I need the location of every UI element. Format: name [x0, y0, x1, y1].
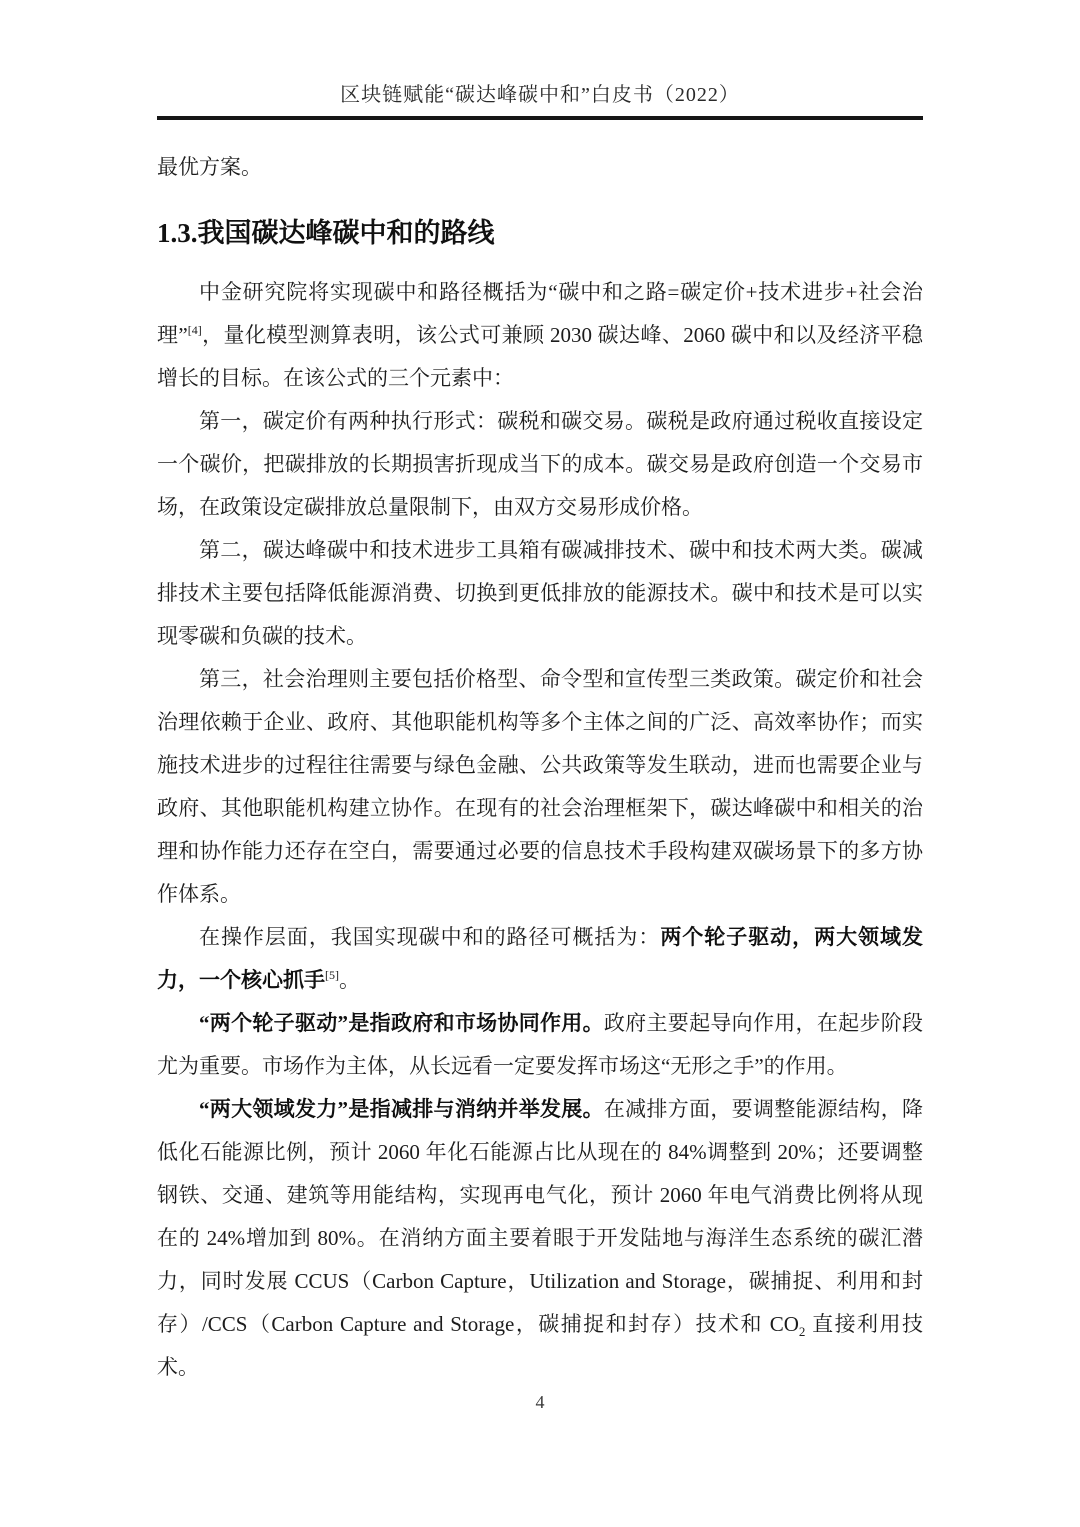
text-segment-bold: “两个轮子驱动”是指政府和市场协同作用。	[199, 1011, 604, 1035]
paragraph-two-wheels: “两个轮子驱动”是指政府和市场协同作用。政府主要起导向作用，在起步阶段尤为重要。…	[157, 1002, 923, 1088]
text-segment-bold: “两大领域发力”是指减排与消纳并举发展。	[199, 1097, 604, 1121]
paragraph-first-carbon-pricing: 第一，碳定价有两种执行形式：碳税和碳交易。碳税是政府通过税收直接设定一个碳价，把…	[157, 400, 923, 529]
paragraph-cicc-formula: 中金研究院将实现碳中和路径概括为“碳中和之路=碳定价+技术进步+社会治理”[4]…	[157, 271, 923, 400]
text-segment: ，量化模型测算表明，该公式可兼顾 2030 碳达峰、2060 碳中和以及经济平稳…	[157, 323, 923, 390]
header-title: 区块链赋能“碳达峰碳中和”白皮书（2022）	[340, 84, 740, 106]
document-page: 区块链赋能“碳达峰碳中和”白皮书（2022） 最优方案。 1.3.我国碳达峰碳中…	[0, 0, 1080, 1527]
text-segment: 在减排方面，要调整能源结构，降低化石能源比例，预计 2060 年化石能源占比从现…	[157, 1097, 923, 1336]
text-segment: 第三，社会治理则主要包括价格型、命令型和宣传型三类政策。碳定价和社会治理依赖于企…	[157, 667, 923, 906]
page-content: 最优方案。 1.3.我国碳达峰碳中和的路线 中金研究院将实现碳中和路径概括为“碳…	[157, 130, 923, 1389]
intro-fragment: 最优方案。	[157, 146, 923, 189]
paragraph-second-technology: 第二，碳达峰碳中和技术进步工具箱有碳减排技术、碳中和技术两大类。碳减排技术主要包…	[157, 529, 923, 658]
page-header: 区块链赋能“碳达峰碳中和”白皮书（2022）	[157, 78, 923, 120]
text-segment: 第二，碳达峰碳中和技术进步工具箱有碳减排技术、碳中和技术两大类。碳减排技术主要包…	[157, 538, 923, 648]
text-segment: 在操作层面，我国实现碳中和的路径可概括为：	[199, 925, 660, 949]
text-segment: 。	[339, 968, 360, 992]
section-title: 1.3.我国碳达峰碳中和的路线	[157, 215, 923, 251]
footnote-ref-4: [4]	[188, 323, 202, 337]
text-segment: 第一，碳定价有两种执行形式：碳税和碳交易。碳税是政府通过税收直接设定一个碳价，把…	[157, 409, 923, 519]
paragraph-two-areas: “两大领域发力”是指减排与消纳并举发展。在减排方面，要调整能源结构，降低化石能源…	[157, 1088, 923, 1389]
paragraph-operational-path: 在操作层面，我国实现碳中和的路径可概括为：两个轮子驱动，两大领域发力，一个核心抓…	[157, 916, 923, 1002]
page-number: 4	[0, 1392, 1080, 1413]
footnote-ref-5: [5]	[325, 968, 339, 982]
paragraph-third-governance: 第三，社会治理则主要包括价格型、命令型和宣传型三类政策。碳定价和社会治理依赖于企…	[157, 658, 923, 916]
